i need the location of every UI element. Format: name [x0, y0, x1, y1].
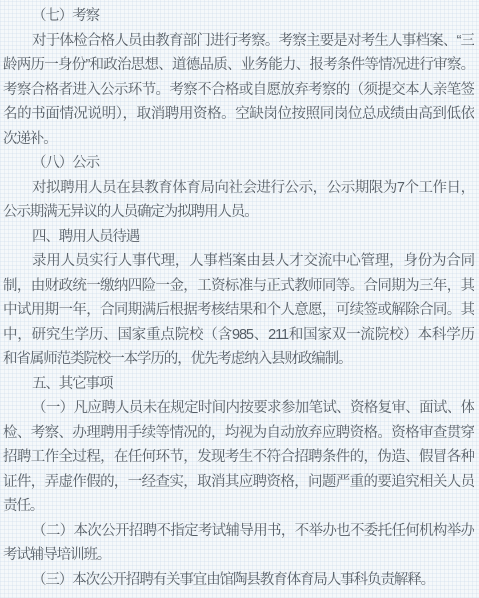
text-line: 录用人员实行人事代理，人事档案由县人才交流中心管理，身份为合同	[3, 249, 474, 274]
text-line: 和省属师范类院校一本学历的，优先考虑纳入县财政编制。	[3, 347, 474, 372]
text-line: 公示期满无异议的人员确定为拟聘用人员。	[3, 200, 474, 225]
text-line: 招聘工作全过程，在任何环节，发现考生不符合招聘条件的，伪造、假冒各种	[3, 445, 474, 470]
text-line: （二）本次公开招聘不指定考试辅导用书，不举办也不委托任何机构举办	[3, 519, 474, 544]
text-line: （七）考察	[3, 4, 474, 29]
document-page: （七）考察对于体检合格人员由教育部门进行考察。考察主要是对考生人事档案、“三龄两…	[0, 0, 479, 598]
text-line: （三）本次公开招聘有关事宜由馆陶县教育体育局人事科负责解释。	[3, 568, 474, 593]
text-line: 考察合格者进入公示环节。考察不合格或自愿放弃考察的（须提交本人亲笔签	[3, 78, 474, 103]
text-line: 五、其它事项	[3, 372, 474, 397]
text-line: 对拟聘用人员在县教育体育局向社会进行公示，公示期限为7个工作日，	[3, 176, 474, 201]
text-line: 检、考察、办理聘用手续等情况的，均视为自动放弃应聘资格。资格审查贯穿	[3, 421, 474, 446]
text-line: （八）公示	[3, 151, 474, 176]
text-line: 考试辅导培训班。	[3, 543, 474, 568]
text-line: 制，由财政统一缴纳四险一金，工资标准与正式教师同等。合同期为三年，其	[3, 274, 474, 299]
text-line: 中试用期一年，合同期满后根据考核结果和个人意愿，可续签或解除合同。其	[3, 298, 474, 323]
text-line: 证件，弄虚作假的，一经查实，取消其应聘资格，问题严重的要追究相关人员	[3, 470, 474, 495]
text-line: 对于体检合格人员由教育部门进行考察。考察主要是对考生人事档案、“三	[3, 29, 474, 54]
text-line: 四、聘用人员待遇	[3, 225, 474, 250]
text-line: 中，研究生学历、国家重点院校（含985、211和国家双一流院校）本科学历	[3, 323, 474, 348]
text-line: 龄两历一身份”和政治思想、道德品质、业务能力、报考条件等情况进行审察。	[3, 53, 474, 78]
text-line: 次递补。	[3, 127, 474, 152]
document-body: （七）考察对于体检合格人员由教育部门进行考察。考察主要是对考生人事档案、“三龄两…	[0, 0, 479, 592]
text-line: 名的书面情况说明），取消聘用资格。空缺岗位按照同岗位总成绩由高到低依	[3, 102, 474, 127]
text-line: 责任。	[3, 494, 474, 519]
text-line: （一）凡应聘人员未在规定时间内按要求参加笔试、资格复审、面试、体	[3, 396, 474, 421]
